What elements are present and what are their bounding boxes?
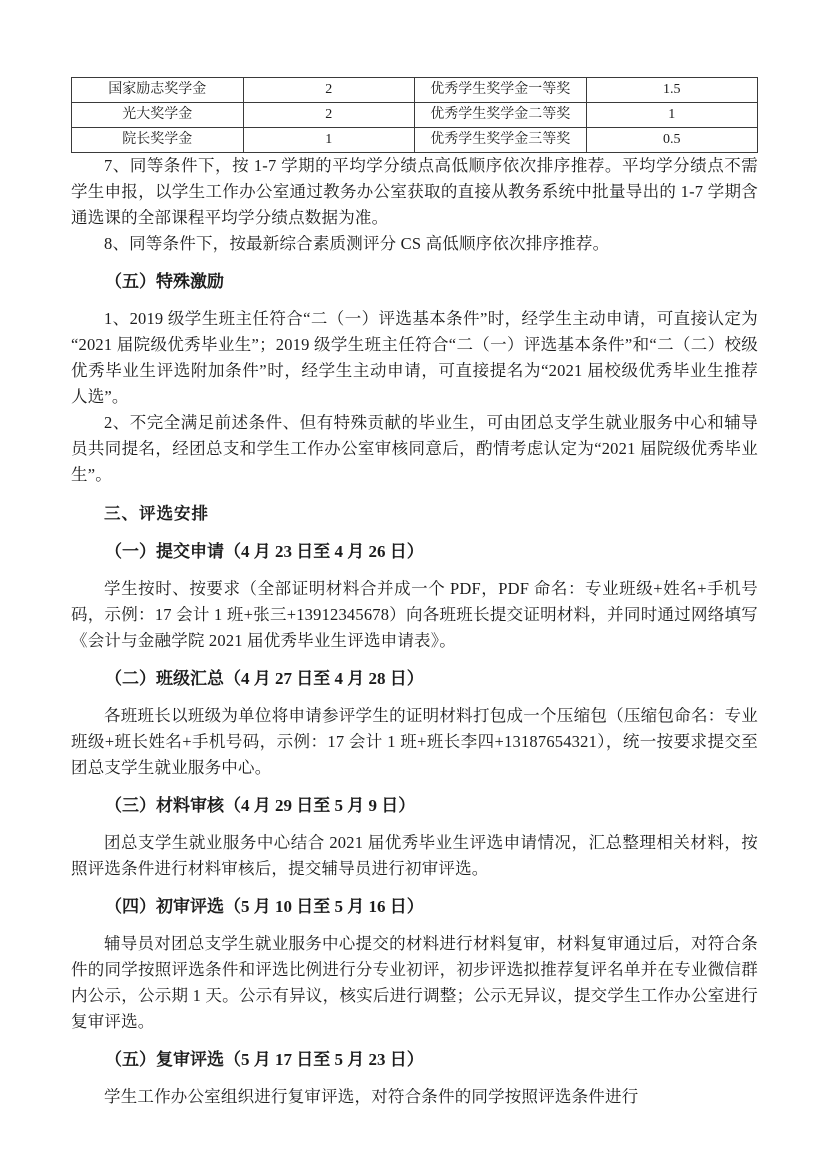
scholarship-award-table: 国家励志奖学金 2 优秀学生奖学金一等奖 1.5 光大奖学金 2 优秀学生奖学金… <box>71 77 758 153</box>
paragraph-rule-7: 7、同等条件下，按 1-7 学期的平均学分绩点高低顺序依次排序推荐。平均学分绩点… <box>71 153 758 231</box>
table-cell-award-name: 优秀学生奖学金一等奖 <box>415 78 587 103</box>
paragraph-special-incentive-2: 2、不完全满足前述条件、但有特殊贡献的毕业生，可由团总支学生就业服务中心和辅导员… <box>71 410 758 488</box>
heading-step-3-material-review: （三）材料审核（4 月 29 日至 5 月 9 日） <box>71 793 758 819</box>
paragraph-special-incentive-1: 1、2019 级学生班主任符合“二（一）评选基本条件”时，经学生主动申请，可直接… <box>71 306 758 410</box>
heading-special-incentives: （五）特殊激励 <box>71 269 758 295</box>
table-cell-award-value: 1 <box>586 103 758 128</box>
heading-step-4-preliminary-review: （四）初审评选（5 月 10 日至 5 月 16 日） <box>71 894 758 920</box>
table-cell-award-name: 光大奖学金 <box>72 103 244 128</box>
scholarship-award-table-body: 国家励志奖学金 2 优秀学生奖学金一等奖 1.5 光大奖学金 2 优秀学生奖学金… <box>72 78 758 153</box>
paragraph-step-4-preliminary-review: 辅导员对团总支学生就业服务中心提交的材料进行材料复审，材料复审通过后，对符合条件… <box>71 931 758 1035</box>
table-row: 院长奖学金 1 优秀学生奖学金三等奖 0.5 <box>72 128 758 153</box>
table-cell-award-count: 1 <box>243 128 415 153</box>
table-cell-award-value: 1.5 <box>586 78 758 103</box>
heading-step-2-class-summary: （二）班级汇总（4 月 27 日至 4 月 28 日） <box>71 666 758 692</box>
document-page: 国家励志奖学金 2 优秀学生奖学金一等奖 1.5 光大奖学金 2 优秀学生奖学金… <box>0 0 827 1169</box>
paragraph-step-3-material-review: 团总支学生就业服务中心结合 2021 届优秀毕业生评选申请情况，汇总整理相关材料… <box>71 830 758 882</box>
heading-selection-schedule: 三、评选安排 <box>71 501 758 527</box>
table-cell-award-name: 优秀学生奖学金三等奖 <box>415 128 587 153</box>
table-cell-award-name: 优秀学生奖学金二等奖 <box>415 103 587 128</box>
table-cell-award-name: 院长奖学金 <box>72 128 244 153</box>
table-cell-award-value: 0.5 <box>586 128 758 153</box>
table-cell-award-count: 2 <box>243 78 415 103</box>
paragraph-rule-8: 8、同等条件下，按最新综合素质测评分 CS 高低顺序依次排序推荐。 <box>71 231 758 257</box>
table-cell-award-count: 2 <box>243 103 415 128</box>
table-row: 国家励志奖学金 2 优秀学生奖学金一等奖 1.5 <box>72 78 758 103</box>
heading-step-1-submit-application: （一）提交申请（4 月 23 日至 4 月 26 日） <box>71 539 758 565</box>
paragraph-step-1-submit-application: 学生按时、按要求（全部证明材料合并成一个 PDF，PDF 命名：专业班级+姓名+… <box>71 576 758 654</box>
table-cell-award-name: 国家励志奖学金 <box>72 78 244 103</box>
paragraph-step-5-final-review: 学生工作办公室组织进行复审评选，对符合条件的同学按照评选条件进行 <box>71 1084 758 1110</box>
heading-step-5-final-review: （五）复审评选（5 月 17 日至 5 月 23 日） <box>71 1047 758 1073</box>
table-row: 光大奖学金 2 优秀学生奖学金二等奖 1 <box>72 103 758 128</box>
paragraph-step-2-class-summary: 各班班长以班级为单位将申请参评学生的证明材料打包成一个压缩包（压缩包命名：专业班… <box>71 703 758 781</box>
